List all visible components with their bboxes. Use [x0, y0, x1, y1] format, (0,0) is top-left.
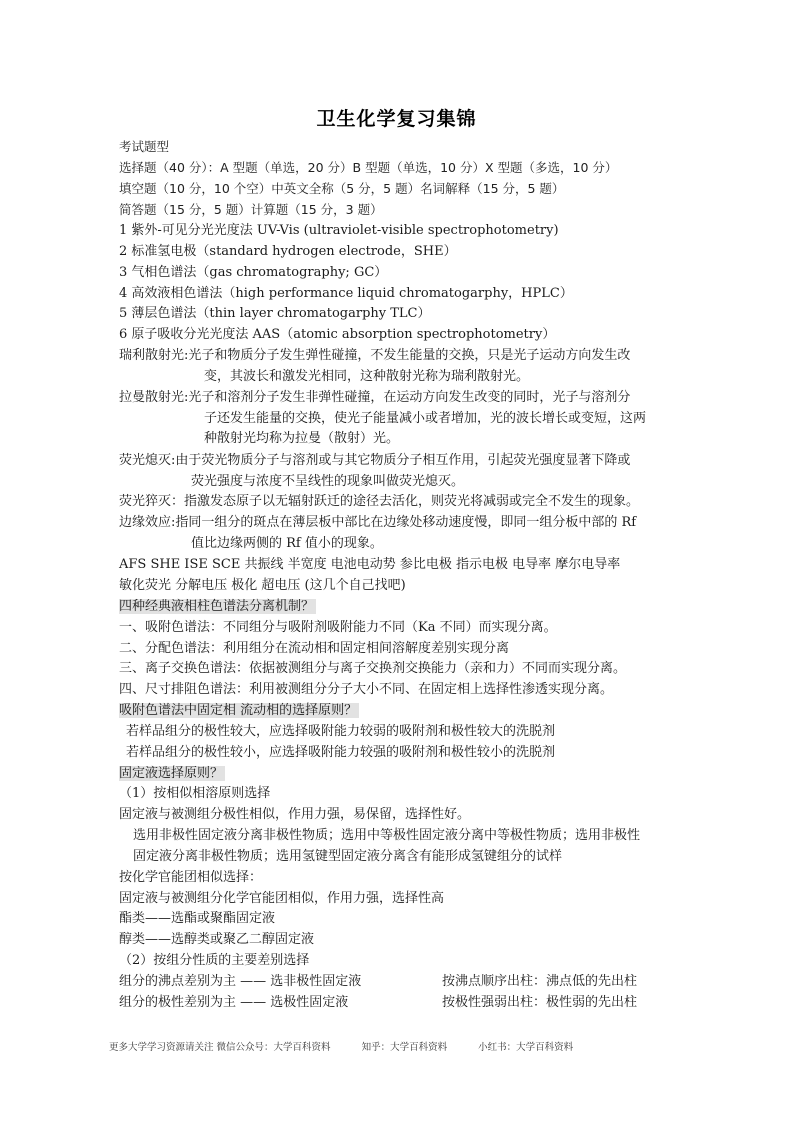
stationary-paragraph: 固定液与被测组分极性相似，作用力强，易保留，选择性好。 — [119, 805, 470, 825]
adsorption-item: 若样品组分的极性较小，应选择吸附能力较强的吸附剂和极性较小的洗脱剂 — [126, 743, 555, 763]
stationary-paragraph: 固定液与被测组分化学官能团相似，作用力强，选择性高 — [119, 889, 444, 909]
stationary-paragraph: 固定液分离非极性物质；选用氢键型固定液分离含有能形成氢键组分的试样 — [133, 847, 562, 867]
term-item: 3 气相色谱法（gas chromatography; GC） — [119, 263, 387, 283]
lc-item: 一、吸附色谱法：不同组分与吸附剂吸附能力不同（Ka 不同）而实现分离。 — [119, 618, 557, 638]
highlighted-question: 吸附色谱法中固定相 流动相的选择原则？ — [119, 703, 359, 718]
question-heading-adsorption: 吸附色谱法中固定相 流动相的选择原则？ — [119, 701, 359, 721]
self-study-terms-line-1: AFS SHE ISE SCE 共振线 半宽度 电池电动势 参比电极 指示电极 … — [119, 555, 620, 575]
term-item: 2 标准氢电极（standard hydrogen electrode，SHE） — [119, 242, 457, 262]
selection-row-left: 组分的沸点差别为主 —— 选非极性固定液 — [119, 972, 361, 992]
term-item: 4 高效液相色谱法（high performance liquid chroma… — [119, 284, 573, 304]
exam-types-heading: 考试题型 — [119, 137, 169, 157]
definition-term: 拉曼散射光: — [119, 388, 188, 408]
definition-fluorescence-extinction: 荧光猝灭：指激发态原子以无辐射跃迁的途径去活化，则荧光将减弱或完全不发生的现象。 — [119, 492, 639, 512]
footer-wechat: 更多大学学习资源请关注 微信公众号：大学百科资料 — [109, 1042, 331, 1053]
definition-continuation: 值比边缘两侧的 Rf 值小的现象。 — [191, 534, 383, 554]
lc-item: 四、尺寸排阻色谱法：利用被测组分分子大小不同、在固定相上选择性渗透实现分离。 — [119, 680, 613, 700]
page-title: 卫生化学复习集锦 — [0, 104, 793, 131]
highlighted-question: 四种经典液相柱色谱法分离机制？ — [119, 599, 316, 614]
question-heading-stationary: 固定液选择原则？ — [119, 764, 225, 784]
definition-continuation: 子还发生能量的交换，使光子能量减小或者增加，光的波长增长或变短，这两 — [204, 409, 646, 429]
highlighted-question: 固定液选择原则？ — [119, 766, 225, 781]
lc-item: 二、分配色谱法：利用组分在流动相和固定相间溶解度差别实现分离 — [119, 639, 509, 659]
definition-term: 荧光猝灭： — [119, 492, 184, 512]
adsorption-item: 若样品组分的极性较大，应选择吸附能力较弱的吸附剂和极性较大的洗脱剂 — [126, 722, 555, 742]
stationary-paragraph: 酯类——选酯或聚酯固定液 — [119, 909, 275, 929]
selection-row-left: 组分的极性差别为主 —— 选极性固定液 — [119, 993, 348, 1013]
exam-types-line-2: 填空题（10 分，10 个空）中英文全称（5 分，5 题）名词解释（15 分，5… — [119, 179, 564, 199]
definition-continuation: 种散射光均称为拉曼（散射）光。 — [204, 429, 399, 449]
selection-row-right: 按极性强弱出柱：极性弱的先出柱 — [442, 993, 637, 1013]
definition-fluorescence-quenching: 荧光熄灭:由于荧光物质分子与溶剂或与其它物质分子相互作用，引起荧光强度显著下降或 — [119, 451, 630, 471]
definition-edge-effect: 边缘效应:指同一组分的斑点在薄层板中部比在边缘处移动速度慢，即同一组分板中部的 … — [119, 513, 636, 533]
question-heading-lc: 四种经典液相柱色谱法分离机制？ — [119, 597, 316, 617]
lc-item: 三、离子交换色谱法：依据被测组分与离子交换剂交换能力（亲和力）不同而实现分离。 — [119, 659, 626, 679]
term-item: 1 紫外-可见分光光度法 UV-Vis (ultraviolet-visible… — [119, 221, 559, 241]
definition-text: 光子和物质分子发生弹性碰撞，不发生能量的交换，只是光子运动方向发生改 — [188, 348, 630, 363]
page-footer: 更多大学学习资源请关注 微信公众号：大学百科资料 知乎：大学百科资料 小红书：大… — [109, 1039, 601, 1053]
definition-term: 荧光熄灭: — [119, 451, 175, 471]
stationary-paragraph: 按化学官能团相似选择： — [119, 868, 262, 888]
definition-text: 由于荧光物质分子与溶剂或与其它物质分子相互作用，引起荧光强度显著下降或 — [175, 453, 630, 468]
definition-continuation: 荧光强度与浓度不呈线性的现象叫做荧光熄灭。 — [191, 472, 464, 492]
exam-types-line-3: 简答题（15 分，5 题）计算题（15 分，3 题） — [119, 200, 383, 220]
definition-text: 指同一组分的斑点在薄层板中部比在边缘处移动速度慢，即同一组分板中部的 Rf — [175, 515, 636, 530]
definition-term: 边缘效应: — [119, 513, 175, 533]
stationary-paragraph: 选用非极性固定液分离非极性物质；选用中等极性固定液分离中等极性物质；选用非极性 — [133, 826, 640, 846]
stationary-paragraph: 醇类——选醇类或聚乙二醇固定液 — [119, 930, 314, 950]
definition-text: 指激发态原子以无辐射跃迁的途径去活化，则荧光将减弱或完全不发生的现象。 — [184, 494, 639, 509]
document-page: 卫生化学复习集锦 考试题型 选择题（40 分）：A 型题（单选，20 分）B 型… — [0, 0, 793, 1122]
definition-term: 瑞利散射光: — [119, 346, 188, 366]
stationary-paragraph: （1）按相似相溶原则选择 — [119, 784, 270, 804]
term-item: 6 原子吸收分光光度法 AAS（atomic absorption spectr… — [119, 325, 555, 345]
stationary-paragraph: （2）按组分性质的主要差别选择 — [119, 951, 309, 971]
definition-raman: 拉曼散射光:光子和溶剂分子发生非弹性碰撞，在运动方向发生改变的同时，光子与溶剂分 — [119, 388, 630, 408]
footer-zhihu: 知乎：大学百科资料 — [362, 1042, 448, 1053]
definition-continuation: 变，其波长和激发光相同，这种散射光称为瑞利散射光。 — [204, 367, 529, 387]
self-study-terms-line-2: 敏化荧光 分解电压 极化 超电压 (这几个自己找吧) — [119, 576, 406, 596]
footer-xiaohongshu: 小红书：大学百科资料 — [478, 1042, 573, 1053]
definition-rayleigh: 瑞利散射光:光子和物质分子发生弹性碰撞，不发生能量的交换，只是光子运动方向发生改 — [119, 346, 630, 366]
term-item: 5 薄层色谱法（thin layer chromatogarphy TLC） — [119, 304, 431, 324]
selection-row-right: 按沸点顺序出柱：沸点低的先出柱 — [442, 972, 637, 992]
definition-text: 光子和溶剂分子发生非弹性碰撞，在运动方向发生改变的同时，光子与溶剂分 — [188, 390, 630, 405]
exam-types-line-1: 选择题（40 分）：A 型题（单选，20 分）B 型题（单选，10 分）X 型题… — [119, 158, 617, 178]
